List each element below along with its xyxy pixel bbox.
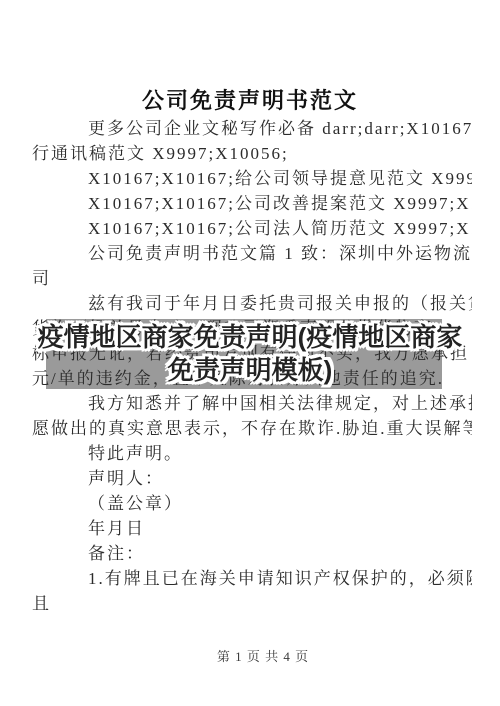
doc-line: X10167;X10167;公司改善提案范文 X9997;X10056;: [32, 191, 472, 216]
doc-line: 兹有我司于年月日委托贵司报关申报的（报关货物品名：）: [32, 291, 472, 316]
doc-line: 1.有牌且已在海关申请知识产权保护的，必须随附授权书，: [32, 566, 472, 591]
doc-line: （盖公章）: [32, 491, 472, 516]
doc-line: 我方知悉并了解中国相关法律规定，对上述承担表述系自: [32, 391, 472, 416]
doc-line: X10167;X10167;公司法人简历范文 X9997;X10056;: [32, 216, 472, 241]
doc-line: 司: [32, 266, 472, 291]
doc-line: 声明人：: [32, 466, 472, 491]
doc-line: 行通讯稿范文 X9997;X10056;: [32, 141, 472, 166]
doc-line: 愿做出的真实意思表示，不存在欺诈.胁迫.重大误解等情形.: [32, 416, 472, 441]
doc-line: 公司免责声明书范文篇 1 致：深圳中外运物流报关有限公: [32, 241, 472, 266]
doc-line: 备注：: [32, 541, 472, 566]
watermark-line-2: 免责声明模板): [0, 354, 500, 387]
watermark-title: 疫情地区商家免责声明(疫情地区商家 免责声明模板): [0, 321, 500, 387]
doc-line: 特此声明。: [32, 441, 472, 466]
doc-line: 且: [32, 591, 472, 616]
document-page: 公司免责声明书范文 更多公司企业文秘写作必备 darr;darr;X10167;…: [0, 0, 500, 706]
doc-line: X10167;X10167;给公司领导提意见范文 X9997;X10056;: [32, 166, 472, 191]
doc-line: 更多公司企业文秘写作必备 darr;darr;X10167;X10167;银: [32, 116, 472, 141]
doc-line: 年月日: [32, 516, 472, 541]
watermark-line-1: 疫情地区商家免责声明(疫情地区商家: [0, 321, 500, 354]
page-footer: 第 1 页 共 4 页: [0, 646, 500, 665]
document-title: 公司免责声明书范文: [0, 84, 500, 115]
